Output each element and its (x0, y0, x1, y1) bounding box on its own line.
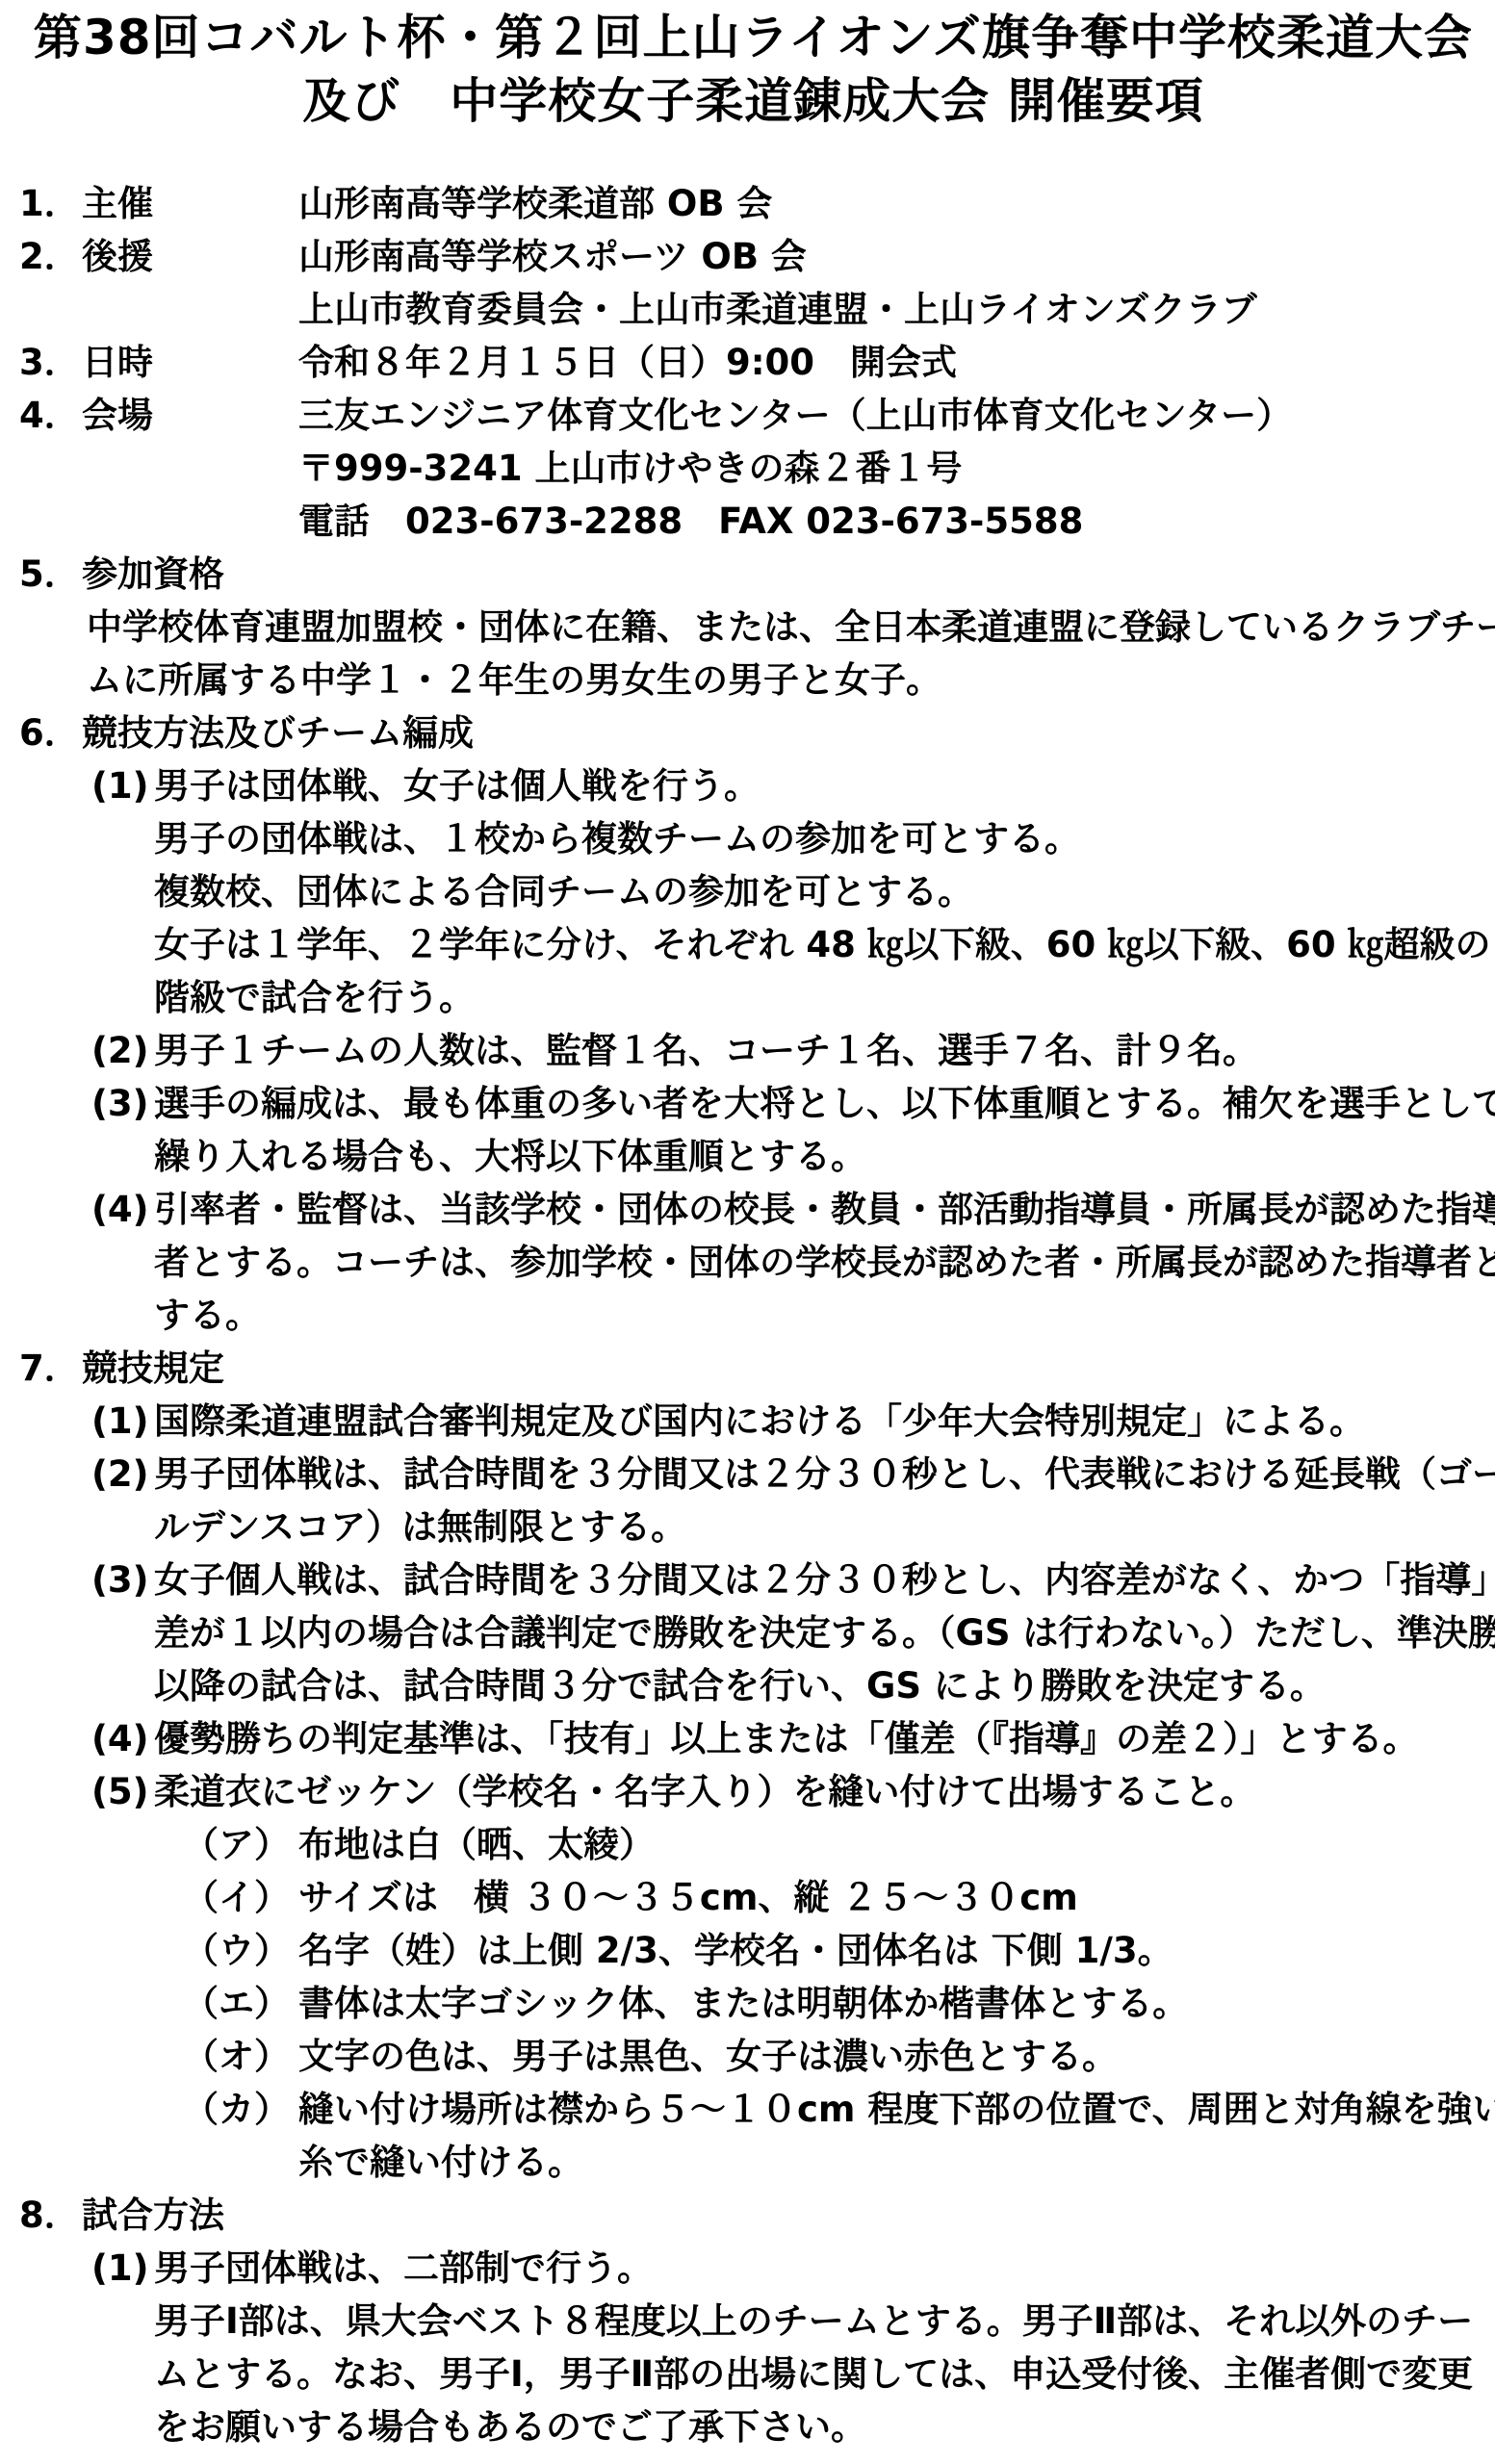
sub-item: (1)国際柔道連盟試合審判規定及び国内における「少年大会特別規定」による。 (19, 1395, 1487, 1448)
item-label: 競技規定 (82, 1347, 224, 1389)
kana-item-text: 名字（姓）は上側 2/3、学校名・団体名は 下側 1/3。 (298, 1930, 1173, 1971)
sub-item-text: 男子団体戦は、二部制で行う。 (154, 2247, 653, 2289)
paragraph-line: 差が１以内の場合は合議判定で勝敗を決定する。（GS は行わない。）ただし、準決勝 (19, 1606, 1487, 1659)
paragraph-line: をお願いする場合もあるのでご了承下さい。 (19, 2400, 1487, 2453)
sub-item-text: 優勢勝ちの判定基準は、「技有」以上または「僅差（『指導』の差２）」とする。 (154, 1718, 1419, 1759)
item-label: 後援 (82, 230, 298, 283)
sub-item-text: 男子１チームの人数は、監督１名、コーチ１名、選手７名、計９名。 (154, 1030, 1258, 1071)
paragraph-line: する。 (19, 1289, 1487, 1342)
item-label: 試合方法 (82, 2194, 224, 2236)
paragraph-line: 複数校、団体による合同チームの参加を可とする。 (19, 865, 1487, 918)
kana-sub-item: （オ）文字の色は、男子は黒色、女子は濃い赤色とする。 (19, 2030, 1487, 2083)
sub-item: (1)男子は団体戦、女子は個人戦を行う。 (19, 759, 1487, 812)
sub-item-number: (1) (91, 2242, 154, 2295)
kana-item-number: （ウ） (183, 1924, 298, 1977)
sub-item-text: 女子個人戦は、試合時間を３分間又は２分３０秒とし、内容差がなく、かつ「指導」 (154, 1559, 1495, 1601)
paragraph-line: 〒999-3241 上山市けやきの森２番１号 (19, 442, 1487, 495)
item-number: 7． (19, 1342, 82, 1395)
kana-sub-item: （エ）書体は太字ゴシック体、または明朝体か楷書体とする。 (19, 1977, 1487, 2030)
item-number: 1． (19, 177, 82, 230)
sub-item-number: (2) (91, 1448, 154, 1501)
paragraph-line: 者とする。コーチは、参加学校・団体の学校長が認めた者・所属長が認めた指導者と (19, 1236, 1487, 1289)
section-item-3: 3．日時令和８年２月１５日（日）9:00 開会式 (19, 336, 1487, 389)
item-number: 6． (19, 706, 82, 759)
kana-sub-item: （ウ）名字（姓）は上側 2/3、学校名・団体名は 下側 1/3。 (19, 1924, 1487, 1977)
section-item-4: 4．会場三友エンジニア体育文化センター（上山市体育文化センター） (19, 389, 1487, 442)
paragraph-line: 上山市教育委員会・上山市柔道連盟・上山ライオンズクラブ (19, 283, 1487, 336)
item-text: 三友エンジニア体育文化センター（上山市体育文化センター） (298, 395, 1292, 436)
sub-item: (4)引率者・監督は、当該学校・団体の校長・教員・部活動指導員・所属長が認めた指… (19, 1183, 1487, 1236)
item-label: 主催 (82, 177, 298, 230)
kana-item-text: サイズは 横 ３０～３５cm、縦 ２５～３０cm (298, 1877, 1078, 1918)
paragraph-line: 糸で縫い付ける。 (19, 2136, 1487, 2189)
item-label: 会場 (82, 389, 298, 442)
item-text: 山形南高等学校柔道部 OB 会 (298, 183, 772, 224)
paragraph-line: 以降の試合は、試合時間３分で試合を行い、GS により勝敗を決定する。 (19, 1659, 1487, 1712)
sub-item: (2)男子１チームの人数は、監督１名、コーチ１名、選手７名、計９名。 (19, 1024, 1487, 1077)
kana-sub-item: （ア）布地は白（晒、太綾） (19, 1818, 1487, 1871)
item-label: 競技方法及びチーム編成 (82, 712, 474, 754)
sub-item-text: 柔道衣にゼッケン（学校名・名字入り）を縫い付けて出場すること。 (154, 1771, 1255, 1812)
sub-item-text: 男子は団体戦、女子は個人戦を行う。 (154, 765, 760, 807)
section-item-5: 5．参加資格 (19, 548, 1487, 601)
sub-item-number: (5) (91, 1765, 154, 1818)
paragraph-line: ムとする。なお、男子Ⅰ，男子Ⅱ部の出場に関しては、申込受付後、主催者側で変更 (19, 2348, 1487, 2400)
sub-item-number: (1) (91, 759, 154, 812)
sub-item-number: (1) (91, 1395, 154, 1448)
kana-item-number: （エ） (183, 1977, 298, 2030)
document-title-line2: 及び 中学校女子柔道錬成大会 開催要項 (19, 69, 1487, 133)
item-number: 4． (19, 389, 82, 442)
kana-item-text: 書体は太字ゴシック体、または明朝体か楷書体とする。 (298, 1983, 1188, 2024)
sub-item-text: 男子団体戦は、試合時間を３分間又は２分３０秒とし、代表戦における延長戦（ゴー (154, 1453, 1495, 1495)
section-item-7: 7．競技規定 (19, 1342, 1487, 1395)
sub-item-number: (4) (91, 1712, 154, 1765)
sub-item: (1)男子団体戦は、二部制で行う。 (19, 2242, 1487, 2295)
paragraph-line: 男子の団体戦は、１校から複数チームの参加を可とする。 (19, 812, 1487, 865)
document-title-line1: 第38回コバルト杯・第２回上山ライオンズ旗争奪中学校柔道大会 (19, 6, 1487, 69)
kana-item-text: 文字の色は、男子は黒色、女子は濃い赤色とする。 (298, 2036, 1118, 2077)
sub-item-text: 国際柔道連盟試合審判規定及び国内における「少年大会特別規定」による。 (154, 1400, 1365, 1442)
paragraph-line: ムに所属する中学１・２年生の男女生の男子と女子。 (19, 654, 1487, 706)
kana-item-text: 縫い付け場所は襟から５～１０cm 程度下部の位置で、周囲と対角線を強い (298, 2089, 1495, 2130)
item-number: 8． (19, 2189, 82, 2242)
section-item-8: 8．試合方法 (19, 2189, 1487, 2242)
item-label: 日時 (82, 336, 298, 389)
kana-item-text: 布地は白（晒、太綾） (298, 1824, 655, 1865)
paragraph-line: 階級で試合を行う。 (19, 971, 1487, 1024)
sub-item-text: 引率者・監督は、当該学校・団体の校長・教員・部活動指導員・所属長が認めた指導 (154, 1189, 1495, 1230)
sub-item: (3)選手の編成は、最も体重の多い者を大将とし、以下体重順とする。補欠を選手とし… (19, 1077, 1487, 1130)
paragraph-line: 中学校体育連盟加盟校・団体に在籍、または、全日本柔道連盟に登録しているクラブチー (19, 601, 1487, 654)
paragraph-line: 電話 023-673-2288 FAX 023-673-5588 (19, 495, 1487, 548)
kana-sub-item: （カ）縫い付け場所は襟から５～１０cm 程度下部の位置で、周囲と対角線を強い (19, 2083, 1487, 2136)
kana-item-number: （イ） (183, 1871, 298, 1924)
section-item-2: 2．後援山形南高等学校スポーツ OB 会 (19, 230, 1487, 283)
item-number: 3． (19, 336, 82, 389)
document-title: 第38回コバルト杯・第２回上山ライオンズ旗争奪中学校柔道大会 及び 中学校女子柔… (19, 6, 1487, 133)
section-item-1: 1．主催山形南高等学校柔道部 OB 会 (19, 177, 1487, 230)
item-text: 山形南高等学校スポーツ OB 会 (298, 236, 807, 277)
sub-item: (3)女子個人戦は、試合時間を３分間又は２分３０秒とし、内容差がなく、かつ「指導… (19, 1553, 1487, 1606)
sub-item-number: (4) (91, 1183, 154, 1236)
kana-sub-item: （イ）サイズは 横 ３０～３５cm、縦 ２５～３０cm (19, 1871, 1487, 1924)
sub-item-number: (2) (91, 1024, 154, 1077)
document-body: 1．主催山形南高等学校柔道部 OB 会 2．後援山形南高等学校スポーツ OB 会… (19, 177, 1487, 2453)
kana-item-number: （カ） (183, 2083, 298, 2136)
sub-item-text: 選手の編成は、最も体重の多い者を大将とし、以下体重順とする。補欠を選手として (154, 1083, 1495, 1124)
sub-item-number: (3) (91, 1077, 154, 1130)
section-item-6: 6．競技方法及びチーム編成 (19, 706, 1487, 759)
document-page: 第38回コバルト杯・第２回上山ライオンズ旗争奪中学校柔道大会 及び 中学校女子柔… (0, 0, 1495, 2464)
sub-item: (5)柔道衣にゼッケン（学校名・名字入り）を縫い付けて出場すること。 (19, 1765, 1487, 1818)
kana-item-number: （ア） (183, 1818, 298, 1871)
sub-item: (4)優勢勝ちの判定基準は、「技有」以上または「僅差（『指導』の差２）」とする。 (19, 1712, 1487, 1765)
paragraph-line: ルデンスコア）は無制限とする。 (19, 1501, 1487, 1553)
sub-item: (2)男子団体戦は、試合時間を３分間又は２分３０秒とし、代表戦における延長戦（ゴ… (19, 1448, 1487, 1501)
paragraph-line: 女子は１学年、２学年に分け、それぞれ 48 ㎏以下級、60 ㎏以下級、60 ㎏超… (19, 918, 1487, 971)
item-text: 令和８年２月１５日（日）9:00 開会式 (298, 342, 957, 383)
item-number: 5． (19, 548, 82, 601)
item-label: 参加資格 (82, 553, 224, 595)
paragraph-line: 繰り入れる場合も、大将以下体重順とする。 (19, 1130, 1487, 1183)
item-number: 2． (19, 230, 82, 283)
sub-item-number: (3) (91, 1553, 154, 1606)
kana-item-number: （オ） (183, 2030, 298, 2083)
paragraph-line: 男子Ⅰ部は、県大会ベスト８程度以上のチームとする。男子Ⅱ部は、それ以外のチー (19, 2295, 1487, 2348)
